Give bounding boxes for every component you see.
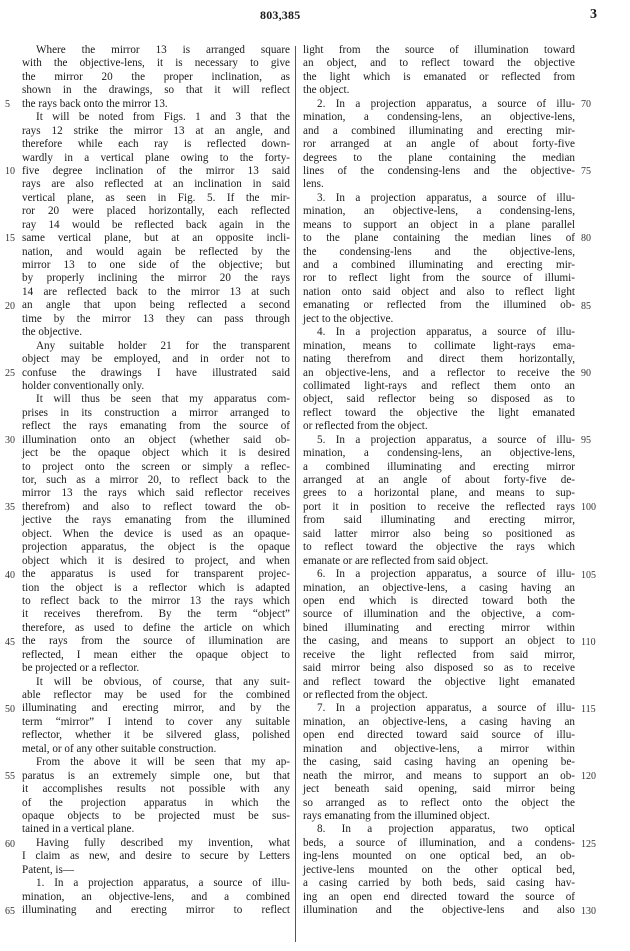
text-line: degrees to the plane containing the medi… (303, 152, 575, 165)
margin-line-number: 75 (581, 166, 603, 177)
margin-line-number: 60 (5, 839, 19, 850)
text-line: 1. In a projection apparatus, a source o… (22, 877, 290, 890)
text-line: nation onto said object and also to refl… (303, 286, 575, 299)
left-text-column: Where the mirror 13 is arranged squarewi… (22, 44, 290, 917)
margin-line-number: 10 (5, 166, 19, 177)
text-line: 6. In a projection apparatus, a source o… (303, 568, 575, 581)
text-line: lens. (303, 178, 575, 191)
text-line: so arranged as to reflect onto the objec… (303, 797, 575, 810)
margin-line-number: 110 (581, 637, 603, 648)
text-line: Patent, is— (22, 864, 290, 877)
text-line: port it in position to receive the refle… (303, 501, 575, 514)
margin-line-number: 120 (581, 771, 603, 782)
margin-line-number: 30 (5, 435, 19, 446)
text-line: ing-lens mounted on one optical bed, an … (303, 850, 575, 863)
text-line: beds, a source of illumination, and a co… (303, 837, 575, 850)
margin-line-number: 20 (5, 301, 19, 312)
text-line: prises in its construction a mirror arra… (22, 407, 290, 420)
text-line: the rays from the source of illumination… (22, 635, 290, 648)
margin-line-number: 35 (5, 502, 19, 513)
text-line: tained in a vertical plane. (22, 823, 290, 836)
margin-line-number: 15 (5, 233, 19, 244)
text-line: neath the mirror, and means to support a… (303, 770, 575, 783)
text-line: therefore, as used to define the article… (22, 622, 290, 635)
text-line: therefrom) and also to reflect toward th… (22, 501, 290, 514)
text-line: by properly inclining the mirror 20 the … (22, 272, 290, 285)
text-line: means to support an object in a plane pa… (303, 219, 575, 232)
text-line: open end which is directed toward both t… (303, 595, 575, 608)
text-line: tion the object is a reflector which is … (22, 582, 290, 595)
text-line: rays 12 strike the mirror 13 at an angle… (22, 125, 290, 138)
text-line: mirror 13 the rays which said reflector … (22, 487, 290, 500)
text-line: wardly in a vertical plane owing to the … (22, 152, 290, 165)
text-line: an object, and to reflect toward the obj… (303, 57, 575, 70)
text-line: ject be the opaque object which it is de… (22, 447, 290, 460)
patent-number: 803,385 (260, 8, 300, 23)
text-line: an objective-lens, and a reflector to re… (303, 367, 575, 380)
text-line: It will be obvious, of course, that any … (22, 676, 290, 689)
text-line: light from the source of illumination to… (303, 44, 575, 57)
text-line: 3. In a projection apparatus, a source o… (303, 192, 575, 205)
text-line: the apparatus is used for transparent pr… (22, 568, 290, 581)
column-divider (295, 46, 296, 942)
text-line: ject to the objective. (303, 313, 575, 326)
margin-line-number: 115 (581, 704, 603, 715)
text-line: same vertical plane, but at an opposite … (22, 232, 290, 245)
margin-line-number: 5 (5, 99, 19, 110)
text-line: 4. In a projection apparatus, a source o… (303, 326, 575, 339)
text-line: tor, such as a mirror 20, to reflect bac… (22, 474, 290, 487)
text-line: projection apparatus, the object is the … (22, 541, 290, 554)
text-line: object, said reflector being so disposed… (303, 393, 575, 406)
margin-line-number: 105 (581, 570, 603, 581)
text-line: 8. In a projection apparatus, two optica… (303, 823, 575, 836)
text-line: to reflect toward the objective the rays… (303, 541, 575, 554)
right-text-column: light from the source of illumination to… (303, 44, 575, 917)
text-line: it receives therefrom. By the term “obje… (22, 608, 290, 621)
text-line: I claim as new, and desire to secure by … (22, 850, 290, 863)
text-line: illumination and the objective-lens and … (303, 904, 575, 917)
text-line: open end directed toward said source of … (303, 729, 575, 742)
text-line: collimated light-rays and reflect them o… (303, 380, 575, 393)
text-line: said mirror being also disposed so as to… (303, 662, 575, 675)
text-line: confuse the drawings I have illustrated … (22, 367, 290, 380)
text-line: ing an open end directed toward the sour… (303, 891, 575, 904)
text-line: mination, an objective-lens, and a combi… (22, 891, 290, 904)
text-line: opaque objects to be projected must be s… (22, 810, 290, 823)
text-line: to project onto the screen or simply a r… (22, 461, 290, 474)
text-line: a combined illuminating and erecting mir… (303, 461, 575, 474)
text-line: ray 14 would be reflected back again in … (22, 219, 290, 232)
margin-line-number: 95 (581, 435, 603, 446)
text-line: therefore while each ray is reflected do… (22, 138, 290, 151)
margin-line-number: 40 (5, 570, 19, 581)
text-line: From the above it will be seen that my a… (22, 756, 290, 769)
text-line: Having fully described my invention, wha… (22, 837, 290, 850)
text-line: and a combined illuminating and erecting… (303, 125, 575, 138)
text-line: the rays back onto the mirror 13. (22, 98, 290, 111)
margin-line-number: 80 (581, 233, 603, 244)
text-line: to reflect back to the mirror 13 the ray… (22, 595, 290, 608)
text-line: emanate or are reflected from said objec… (303, 555, 575, 568)
text-line: 14 are reflected back to the mirror 13 a… (22, 286, 290, 299)
text-line: ject beneath said opening, said mirror b… (303, 783, 575, 796)
text-line: mination and objective-lens, a mirror wi… (303, 743, 575, 756)
text-line: or reflected from the object. (303, 420, 575, 433)
text-line: mination, an objective-lens, a casing ha… (303, 716, 575, 729)
text-line: the light which is emanated or reflected… (303, 71, 575, 84)
text-line: illuminating and erecting mirror to refl… (22, 904, 290, 917)
text-line: jective the rays emanating from the illu… (22, 514, 290, 527)
text-line: term “mirror” I intend to cover any suit… (22, 716, 290, 729)
text-line: emanating or reflected from the illumine… (303, 299, 575, 312)
text-line: receive the light reflected from said mi… (303, 649, 575, 662)
margin-line-number: 65 (5, 906, 19, 917)
text-line: 2. In a projection apparatus, a source o… (303, 98, 575, 111)
text-line: five degree inclination of the mirror 13… (22, 165, 290, 178)
text-line: It will thus be seen that my apparatus c… (22, 393, 290, 406)
margin-line-number: 70 (581, 99, 603, 110)
margin-line-number: 130 (581, 906, 603, 917)
text-line: holder conventionally only. (22, 380, 290, 393)
text-line: grees to a horizontal plane, and means t… (303, 487, 575, 500)
text-line: said latter mirror also being so positio… (303, 528, 575, 541)
text-line: mination, an objective-lens, a condensin… (303, 205, 575, 218)
margin-line-number: 45 (5, 637, 19, 648)
text-line: bined illuminating and erecting mirror w… (303, 622, 575, 635)
text-line: rays are also reflected at an inclinatio… (22, 178, 290, 191)
text-line: rays emanating from the illumined object… (303, 810, 575, 823)
text-line: It will be noted from Figs. 1 and 3 that… (22, 111, 290, 124)
text-line: ror 20 were placed horizontally, each re… (22, 205, 290, 218)
text-line: ror arranged at an angle of about forty-… (303, 138, 575, 151)
text-line: shown in the drawings, so that it will r… (22, 84, 290, 97)
text-line: it accomplishes results not possible wit… (22, 783, 290, 796)
text-line: mination, means to collimate light-rays … (303, 340, 575, 353)
text-line: Where the mirror 13 is arranged square (22, 44, 290, 57)
text-line: arranged at an angle of about forty-five… (303, 474, 575, 487)
text-line: reflect the rays emanating from the sour… (22, 420, 290, 433)
text-line: with the objective-lens, it is necessary… (22, 57, 290, 70)
page-number: 3 (590, 7, 597, 23)
text-line: of the projection apparatus in which the (22, 797, 290, 810)
text-line: a casing carried by both beds, said casi… (303, 877, 575, 890)
margin-line-number: 25 (5, 368, 19, 379)
text-line: mination, a condensing-lens, an objectiv… (303, 111, 575, 124)
text-line: vertical plane, as seen in Fig. 5. If th… (22, 192, 290, 205)
margin-line-number: 90 (581, 368, 603, 379)
text-line: reflect toward the objective the light e… (303, 407, 575, 420)
text-line: 7. In a projection apparatus, a source o… (303, 702, 575, 715)
text-line: illumination onto an object (whether sai… (22, 434, 290, 447)
text-line: object. When the device is used as an op… (22, 528, 290, 541)
margin-line-number: 85 (581, 301, 603, 312)
text-line: the mirror 20 the proper inclination, as (22, 71, 290, 84)
text-line: able reflector may be used for the combi… (22, 689, 290, 702)
text-line: the casing, said casing having an openin… (303, 756, 575, 769)
text-line: mination, a condensing-lens, an objectiv… (303, 447, 575, 460)
margin-line-number: 100 (581, 502, 603, 513)
margin-line-number: 55 (5, 771, 19, 782)
text-line: from said illuminating and erecting mirr… (303, 514, 575, 527)
text-line: be projected or a reflector. (22, 662, 290, 675)
text-line: and a combined illuminating and erecting… (303, 259, 575, 272)
text-line: to the plane containing the median lines… (303, 232, 575, 245)
margin-line-number: 125 (581, 839, 603, 850)
text-line: lines of the condensing-lens and the obj… (303, 165, 575, 178)
text-line: object which it is desired to project, a… (22, 555, 290, 568)
text-line: paratus is an extremely simple one, but … (22, 770, 290, 783)
text-line: or reflected from the object. (303, 689, 575, 702)
text-line: ror to reflect light from the source of … (303, 272, 575, 285)
margin-line-number: 50 (5, 704, 19, 715)
text-line: reflector, whether it be silvered glass,… (22, 729, 290, 742)
text-line: the condensing-lens and the objective-le… (303, 246, 575, 259)
text-line: mirror 13 to one side of the objective; … (22, 259, 290, 272)
text-line: the object. (303, 84, 575, 97)
text-line: jective-lens mounted on the other optica… (303, 864, 575, 877)
text-line: metal, or of any other suitable construc… (22, 743, 290, 756)
text-line: reflected, I mean either the opaque obje… (22, 649, 290, 662)
text-line: the objective. (22, 326, 290, 339)
page-header: 803,385 3 (0, 8, 630, 24)
text-line: illuminating and erecting mirror, and by… (22, 702, 290, 715)
text-line: time by the mirror 13 they can pass thro… (22, 313, 290, 326)
text-line: 5. In a projection apparatus, a source o… (303, 434, 575, 447)
text-line: mination, an objective-lens, a casing ha… (303, 582, 575, 595)
text-line: nating therefrom and direct them horizon… (303, 353, 575, 366)
text-line: an angle that upon being reflected a sec… (22, 299, 290, 312)
text-line: source of illumination and the objective… (303, 608, 575, 621)
text-line: Any suitable holder 21 for the transpare… (22, 340, 290, 353)
text-line: and reflect toward the objective light e… (303, 676, 575, 689)
text-line: the casing, and means to support an obje… (303, 635, 575, 648)
text-line: object may be employed, and in order not… (22, 353, 290, 366)
text-line: nation, and would again be reflected by … (22, 246, 290, 259)
